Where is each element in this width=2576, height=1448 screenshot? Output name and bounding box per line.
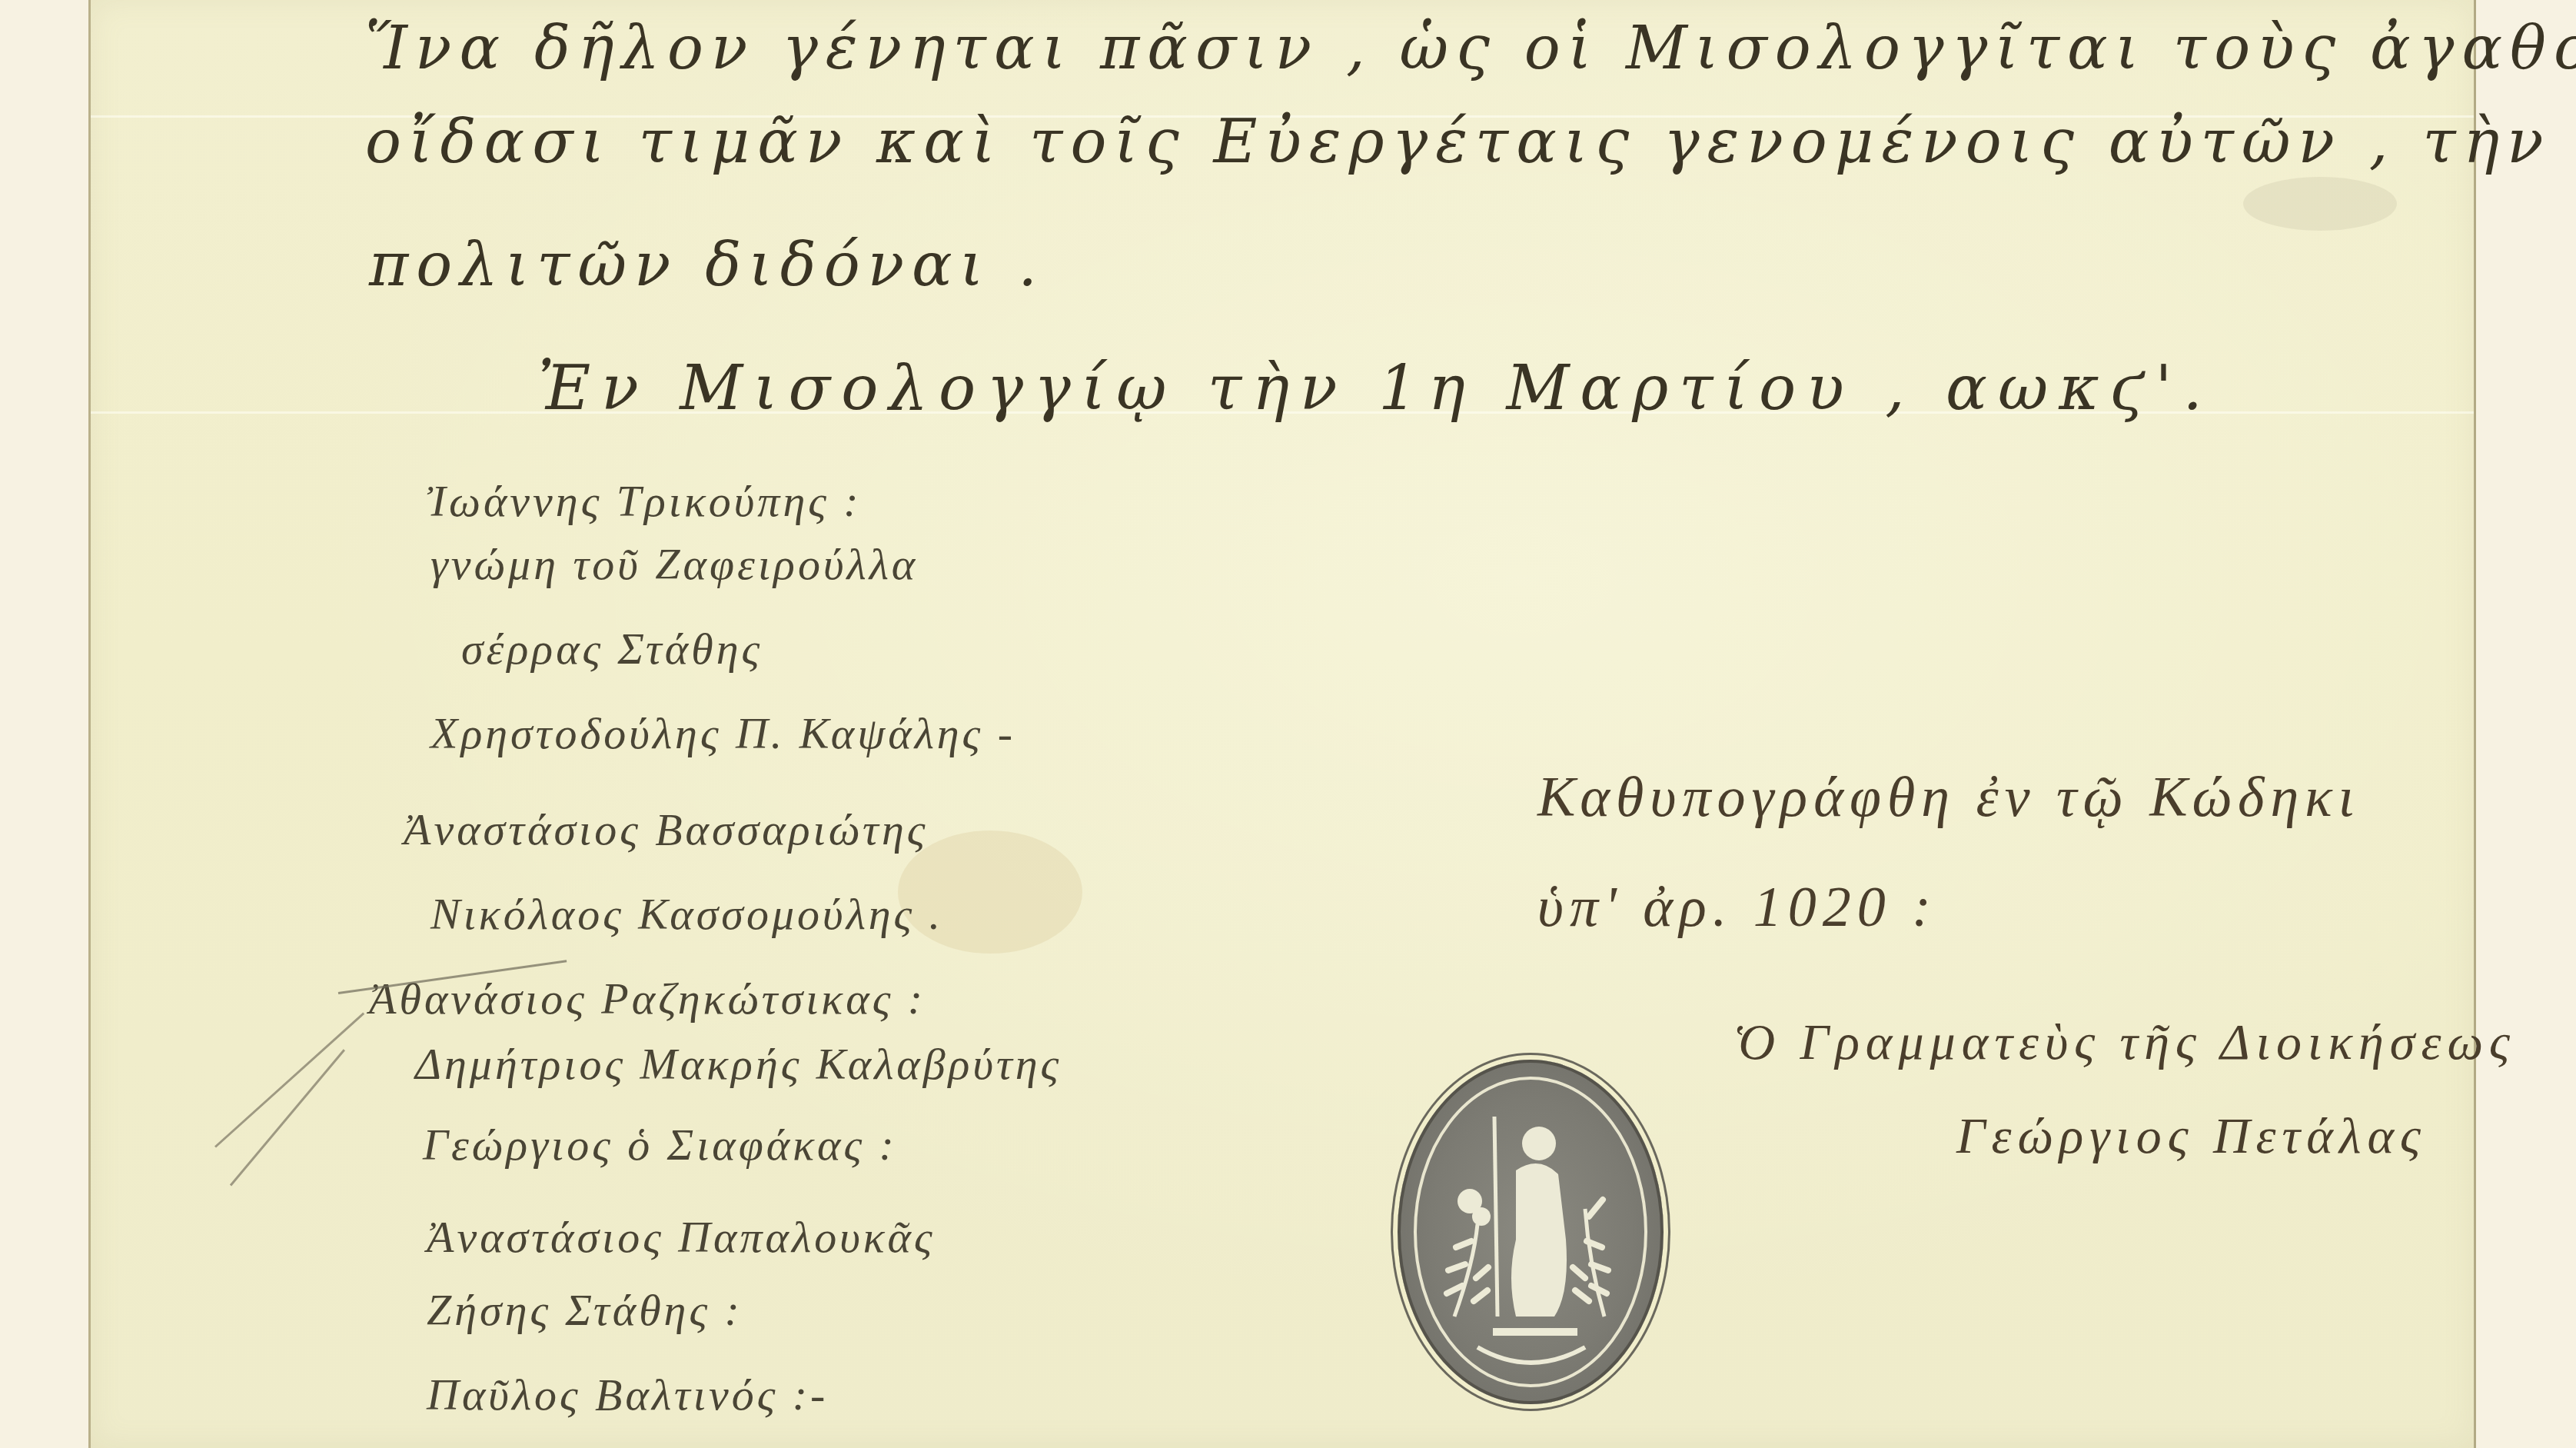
signature-11: Ζήσης Στάθης : bbox=[427, 1284, 743, 1336]
date-line: Ἐν Μισολογγίῳ τὴν 1η Μαρτίου , αωκϛ'. bbox=[538, 352, 2213, 424]
paper-stain bbox=[2243, 177, 2397, 231]
signature-12: Παῦλος Βαλτινός :- bbox=[427, 1369, 828, 1420]
signature-2: γνώμη τοῦ Ζαφειρούλλα bbox=[430, 538, 918, 590]
signature-1: Ἰωάννης Τρικούπης : bbox=[427, 475, 862, 527]
signature-3: σέρρας Στάθης bbox=[461, 623, 763, 674]
signature-8: Δημήτριος Μακρής Καλαβρύτης bbox=[415, 1038, 1062, 1090]
signature-10: Ἀναστάσιος Παπαλουκᾶς bbox=[427, 1211, 936, 1263]
secretary-title: Ὁ Γραμματεὺς τῆς Διοικήσεως bbox=[1733, 1014, 2516, 1072]
signature-5: Ἀναστάσιος Βασσαριώτης bbox=[404, 804, 928, 855]
official-seal bbox=[1398, 1060, 1664, 1404]
body-line-3: πολιτῶν διδόναι . bbox=[369, 231, 1045, 300]
signature-4: Χρηστοδούλης Π. Καψάλης - bbox=[430, 707, 1015, 759]
signature-6: Νικόλαος Κασσομούλης . bbox=[430, 888, 943, 940]
body-line-1: Ἵνα δῆλον γένηται πᾶσιν , ὡς οἱ Μισολογγ… bbox=[365, 14, 2576, 83]
seal-figure-icon bbox=[1401, 1063, 1660, 1401]
registration-note-line-1: Καθυπογράφθη ἐν τῷ Κώδηκι bbox=[1537, 765, 2360, 831]
registration-note-line-2: ὑπ' ἀρ. 1020 : bbox=[1537, 875, 1937, 940]
signature-7: Ἀθανάσιος Ραζηκώτσικας : bbox=[369, 973, 926, 1024]
signature-9: Γεώργιος ὁ Σιαφάκας : bbox=[423, 1119, 897, 1170]
body-line-2: οἴδασι τιμᾶν καὶ τοῖς Εὐεργέταις γενομέν… bbox=[365, 108, 2576, 177]
secretary-signature: Γεώργιος Πετάλας bbox=[1956, 1107, 2427, 1166]
